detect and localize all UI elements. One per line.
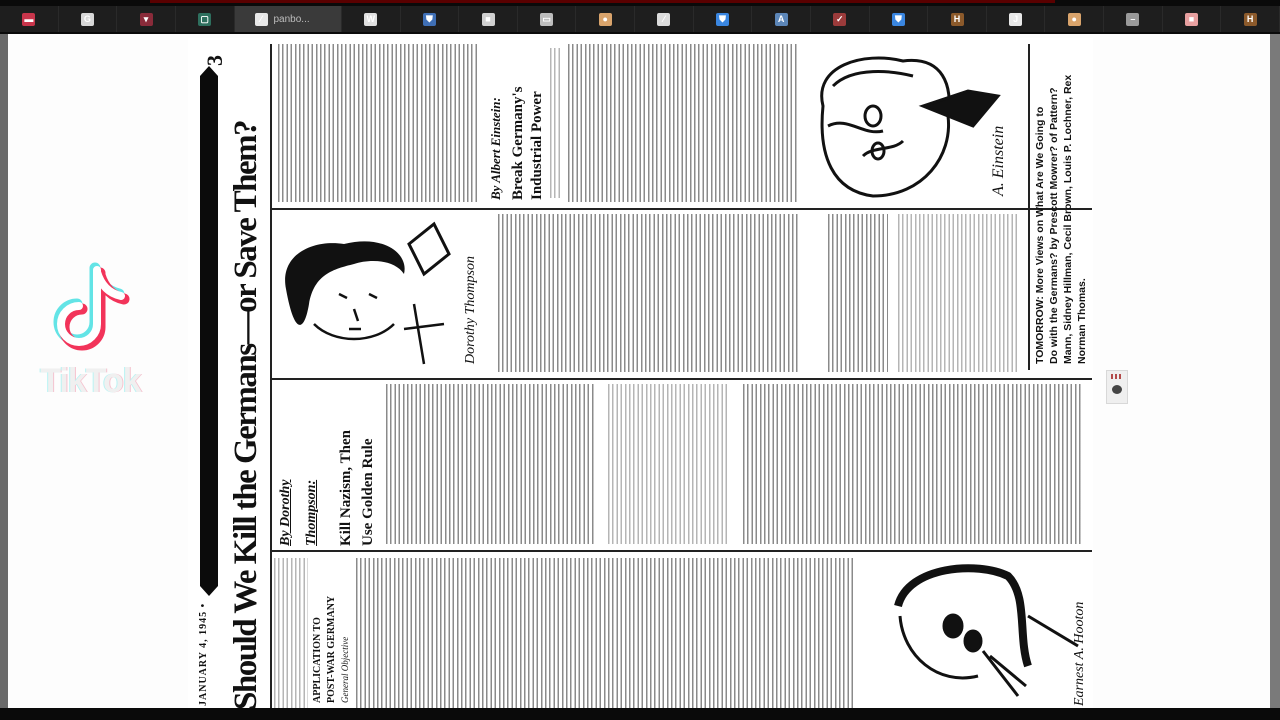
browser-tab[interactable]: ▢ [176, 6, 235, 32]
article-text-block [356, 558, 856, 708]
browser-tab[interactable]: ⛊ [401, 6, 460, 32]
hooton-signature: Earnest A. Hooton [1072, 602, 1087, 707]
thompson-title-1: Kill Nazism, Then [338, 430, 355, 546]
article-text-block [568, 44, 798, 202]
einstein-title-2: Industrial Power [529, 91, 546, 200]
tiktok-logo-icon [53, 262, 133, 357]
sheets-icon: ▢ [198, 13, 211, 26]
tab-title: panbo... [274, 14, 310, 25]
j-icon: J [1009, 13, 1022, 26]
einstein-signature: A. Einstein [990, 126, 1007, 197]
tiktok-watermark: TikTok [18, 262, 163, 412]
section-title-2: POST-WAR GERMANY [326, 596, 337, 703]
article-text-block [386, 384, 596, 544]
camera-icon: ■ [482, 13, 495, 26]
article-text-block [278, 44, 478, 202]
shield-icon: ⛊ [423, 13, 436, 26]
red-app-icon: ▬ [22, 13, 35, 26]
article-text-block [828, 214, 888, 372]
window-accent-line [150, 0, 1055, 3]
thompson-byline-1: By Dorothy [278, 480, 294, 547]
browser-tab[interactable]: ▾ [117, 6, 176, 32]
browser-tab[interactable]: H [1221, 6, 1280, 32]
browser-tab[interactable]: ▬ [0, 6, 59, 32]
browser-tab[interactable]: ■ [459, 6, 518, 32]
browser-tab[interactable]: H [928, 6, 987, 32]
blue-shield-icon-2: ⛊ [892, 13, 905, 26]
article-text-block [608, 384, 728, 544]
rule [272, 378, 1092, 380]
einstein-intro-text [550, 48, 562, 198]
orange-app-icon-2: ● [1068, 13, 1081, 26]
main-headline: Should We Kill the Germans—or Save Them? [228, 121, 265, 708]
einstein-portrait: A. Einstein [803, 46, 1023, 201]
article-text-block [898, 214, 1018, 372]
rule [270, 44, 272, 708]
hooton-portrait: Earnest A. Hooton [878, 556, 1093, 708]
masthead-ribbon [200, 76, 218, 586]
thompson-portrait: Dorothy Thompson [274, 214, 489, 372]
browser-tab[interactable]: ⁄panbo... [235, 6, 342, 32]
section-title-1: APPLICATION TO [312, 617, 323, 703]
article-text-block [743, 384, 1083, 544]
google-icon: G [81, 13, 94, 26]
article-text-block [498, 214, 798, 372]
orange-app-icon: ● [599, 13, 612, 26]
vertical-scrollbar[interactable] [1270, 34, 1280, 708]
blue-shield-icon: ⛊ [716, 13, 729, 26]
dateline: JANUARY 4, 1945 • [198, 603, 209, 706]
browser-tab[interactable]: G [59, 6, 118, 32]
tomorrow-line-1: TOMORROW: More Views on What Are We Goin… [1034, 107, 1046, 364]
h-icon: H [951, 13, 964, 26]
browser-tab[interactable]: ⛊ [870, 6, 929, 32]
browser-tab[interactable]: ● [576, 6, 635, 32]
thompson-signature: Dorothy Thompson [463, 256, 478, 365]
rule [272, 208, 1092, 210]
rule [1028, 44, 1030, 370]
browser-tab[interactable]: ■ [1163, 6, 1222, 32]
tomorrow-line-2: Do with the Germans? by Prescott Mowrer?… [1048, 87, 1060, 364]
browser-tab[interactable]: – [1104, 6, 1163, 32]
wikipedia-icon: W [364, 13, 377, 26]
pink-app-icon: ■ [1185, 13, 1198, 26]
blue-doc-icon: A [775, 13, 788, 26]
article-text-block [274, 558, 308, 708]
page-thumbnail-button[interactable] [1106, 370, 1128, 404]
browser-tab[interactable]: A [752, 6, 811, 32]
tomorrow-text: More Views on What Are We Going to [1034, 107, 1046, 294]
section-subtitle: General Objective [340, 637, 350, 703]
page-number: 3 [202, 55, 228, 66]
tomorrow-line-4: Norman Thomas. [1076, 278, 1088, 364]
newspaper-page: 3 JANUARY 4, 1945 • Should We Kill the G… [188, 38, 1093, 708]
h-icon-2: H [1244, 13, 1257, 26]
minus-icon: – [1126, 13, 1139, 26]
browser-tab[interactable]: ▭ [518, 6, 577, 32]
einstein-byline: By Albert Einstein: [488, 97, 504, 200]
browser-tab[interactable]: W [342, 6, 401, 32]
vivaldi-icon: ▾ [140, 13, 153, 26]
tiktok-wordmark: TikTok [18, 362, 163, 401]
thompson-title-2: Use Golden Rule [360, 438, 377, 546]
window-left-edge [0, 34, 8, 708]
red-check-icon: ✓ [833, 13, 846, 26]
einstein-title-1: Break Germany's [510, 87, 527, 200]
browser-tab[interactable]: ⛊ [694, 6, 753, 32]
document-icon: ⁄ [255, 13, 268, 26]
browser-tab[interactable]: ✓ [811, 6, 870, 32]
bottom-bar [0, 708, 1280, 720]
browser-tab[interactable]: J [987, 6, 1046, 32]
edit-icon: ⁄ [657, 13, 670, 26]
thompson-byline-2: Thompson: [304, 480, 320, 546]
tomorrow-line-3: Mann, Sidney Hillman, Cecil Brown, Louis… [1062, 75, 1074, 364]
browser-tab[interactable]: ● [1045, 6, 1104, 32]
rule [272, 550, 1092, 552]
grey-page-icon: ▭ [540, 13, 553, 26]
browser-tab[interactable]: ⁄ [635, 6, 694, 32]
browser-tab-bar: ▬G▾▢⁄panbo...W⛊■▭●⁄⛊A✓⛊HJ●–■H [0, 6, 1280, 32]
tomorrow-label: TOMORROW: [1034, 296, 1046, 364]
